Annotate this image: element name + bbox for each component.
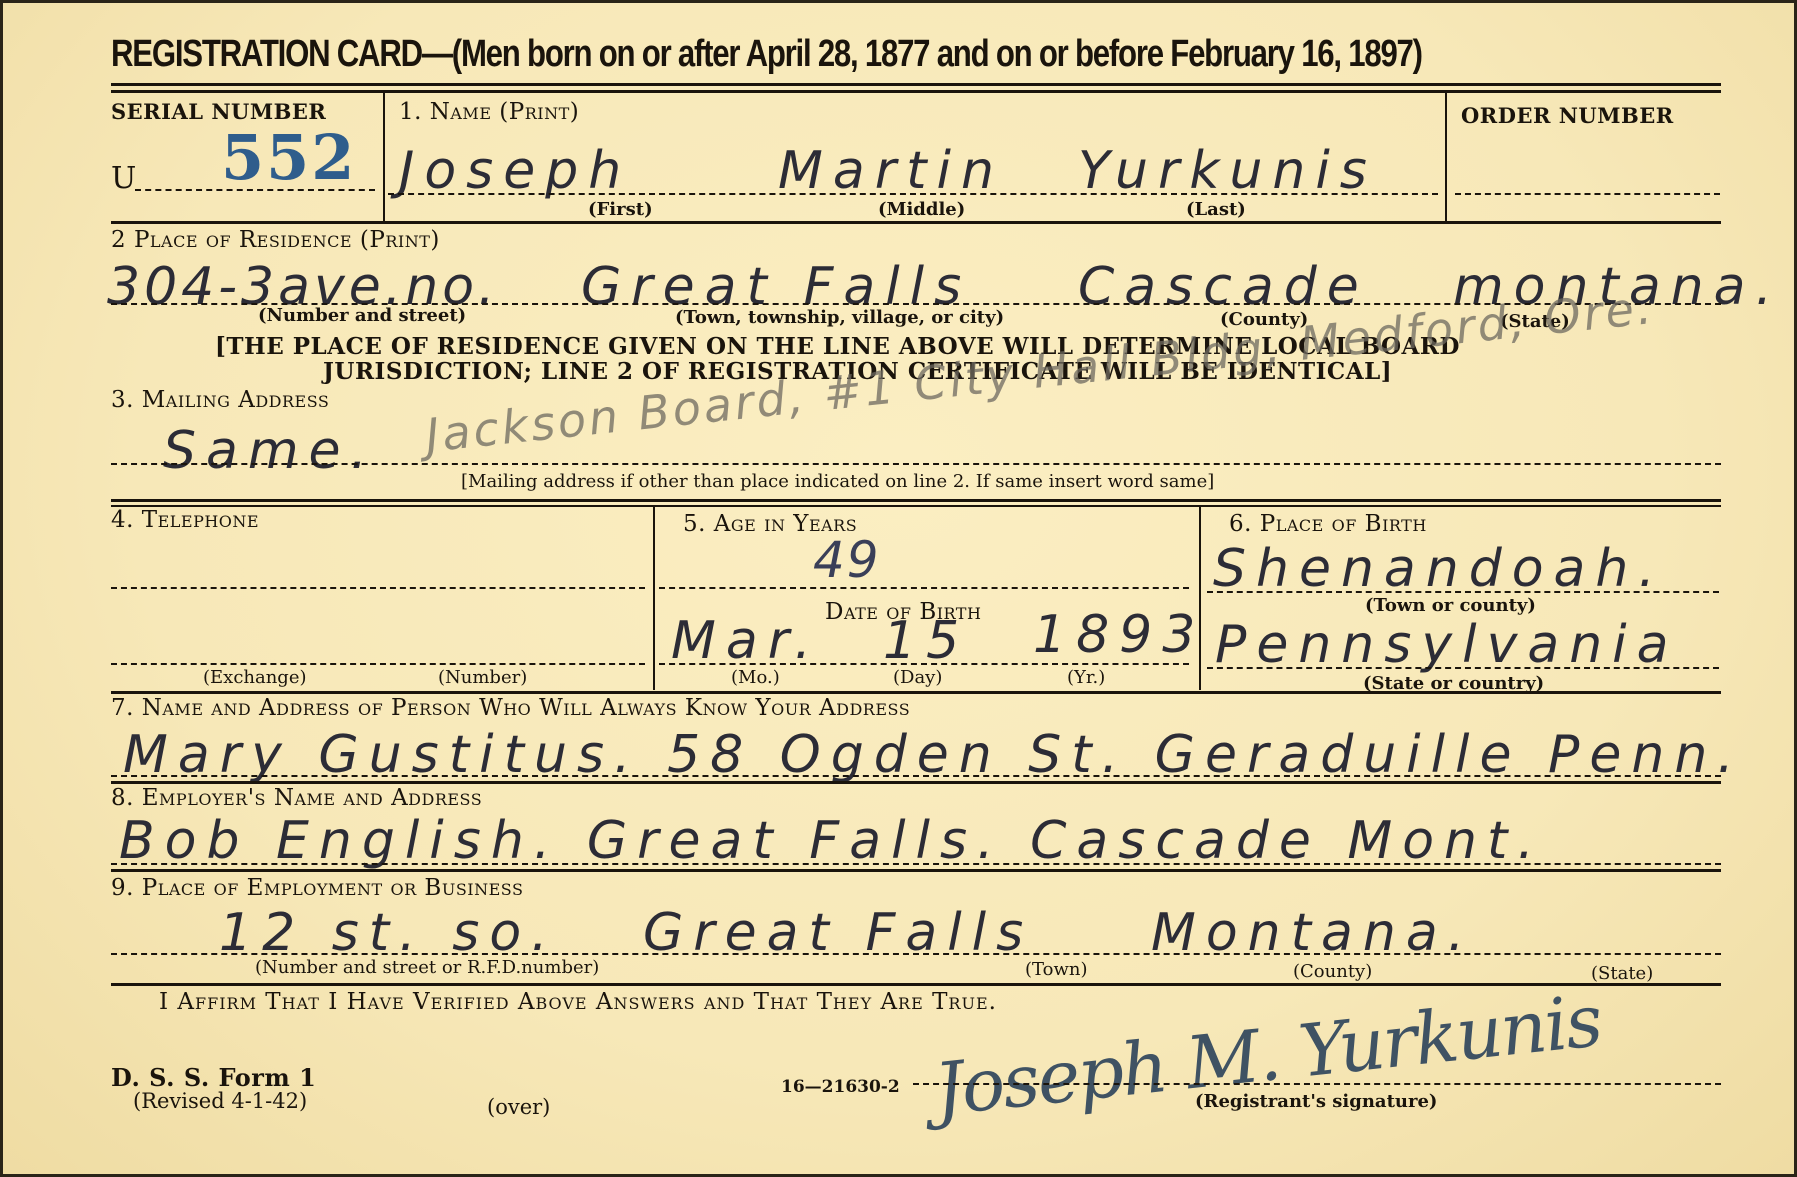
mailing-line: [111, 463, 1721, 465]
telephone-divider: [653, 505, 655, 690]
birthplace-town-caption: (Town or county): [1365, 595, 1536, 616]
serial-prefix: U: [111, 161, 137, 196]
serial-number-value[interactable]: 552: [221, 121, 356, 194]
age-value[interactable]: 49: [813, 531, 881, 589]
employer-value[interactable]: Bob English. Great Falls. Cascade Mont.: [119, 811, 1544, 871]
dob-month-value[interactable]: Mar.: [671, 611, 821, 671]
dob-line: [659, 663, 1189, 665]
title-rule-2: [111, 90, 1721, 93]
row3-bottom-rule-2: [111, 505, 1721, 507]
age-divider: [1199, 505, 1201, 690]
telephone-label: 4. Telephone: [111, 507, 259, 533]
dob-day-value[interactable]: 15: [883, 611, 969, 671]
dob-day-caption: (Day): [893, 667, 942, 688]
telephone-exchange-caption: (Exchange): [203, 667, 307, 688]
mailing-address-caption: [Mailing address if other than place ind…: [461, 471, 1214, 492]
employment-town-caption: (Town): [1025, 959, 1088, 980]
name-line: [388, 193, 1438, 195]
birthplace-town-line: [1207, 591, 1719, 593]
card-title: REGISTRATION CARD—(Men born on or after …: [111, 33, 1422, 76]
form-revised: (Revised 4-1-42): [133, 1089, 307, 1113]
employer-line: [111, 863, 1721, 865]
birthplace-state-value[interactable]: Pennsylvania: [1215, 615, 1678, 675]
order-divider: [1445, 91, 1447, 221]
telephone-line-2[interactable]: [111, 663, 645, 665]
residence-street-caption: (Number and street): [258, 305, 466, 326]
signature-line: [913, 1083, 1721, 1085]
signature-caption: (Registrant's signature): [1195, 1091, 1437, 1112]
name-first-caption: (First): [588, 199, 653, 220]
dob-year-caption: (Yr.): [1067, 667, 1105, 688]
title-rule: [111, 83, 1721, 86]
residence-town-caption: (Town, township, village, or city): [675, 307, 1004, 328]
employment-county-caption: (County): [1293, 961, 1372, 982]
row8-bottom-rule: [111, 869, 1721, 872]
over-note: (over): [487, 1095, 550, 1119]
telephone-line-1[interactable]: [111, 587, 645, 589]
name-last-value[interactable]: Yurkunis: [1078, 141, 1377, 201]
dob-month-caption: (Mo.): [731, 667, 780, 688]
order-number-line[interactable]: [1455, 193, 1720, 195]
birthplace-state-line: [1207, 667, 1719, 669]
employment-line: [111, 953, 1721, 955]
mailing-address-value[interactable]: Same.: [163, 421, 377, 481]
birthplace-town-value[interactable]: Shenandoah.: [1213, 539, 1665, 599]
name-middle-caption: (Middle): [878, 199, 965, 220]
order-number-label: ORDER NUMBER: [1461, 103, 1674, 128]
residence-label: 2 Place of Residence (Print): [111, 227, 440, 253]
contact-label: 7. Name and Address of Person Who Will A…: [111, 695, 910, 721]
employment-street-caption: (Number and street or R.F.D.number): [255, 957, 599, 978]
form-id: D. S. S. Form 1: [111, 1063, 316, 1092]
contact-line: [111, 775, 1721, 777]
name-label: 1. Name (Print): [399, 99, 579, 125]
employment-label: 9. Place of Employment or Business: [111, 875, 523, 901]
serial-line: [135, 189, 375, 191]
residence-county-value[interactable]: Cascade: [1078, 257, 1369, 317]
name-last-caption: (Last): [1186, 199, 1246, 220]
row7-bottom-rule: [111, 781, 1721, 784]
age-line: [659, 587, 1189, 589]
registration-card: REGISTRATION CARD—(Men born on or after …: [0, 0, 1797, 1177]
name-middle-value[interactable]: Martin: [778, 141, 1004, 201]
telephone-number-caption: (Number): [438, 667, 527, 688]
dob-year-value[interactable]: 1893: [1033, 605, 1205, 665]
serial-divider: [383, 91, 385, 221]
row1-bottom-rule: [111, 221, 1721, 224]
name-first-value[interactable]: Joseph: [399, 141, 631, 201]
row9-bottom-rule: [111, 983, 1721, 986]
row3-bottom-rule: [111, 499, 1721, 502]
employer-label: 8. Employer's Name and Address: [111, 785, 482, 811]
print-code: 16—21630-2: [781, 1077, 900, 1097]
mailing-address-label: 3. Mailing Address: [111, 387, 329, 413]
row6-bottom-rule: [111, 691, 1721, 694]
affirmation-text: I Affirm That I Have Verified Above Answ…: [159, 989, 997, 1015]
employment-state-caption: (State): [1591, 963, 1653, 984]
birthplace-label: 6. Place of Birth: [1229, 511, 1427, 537]
